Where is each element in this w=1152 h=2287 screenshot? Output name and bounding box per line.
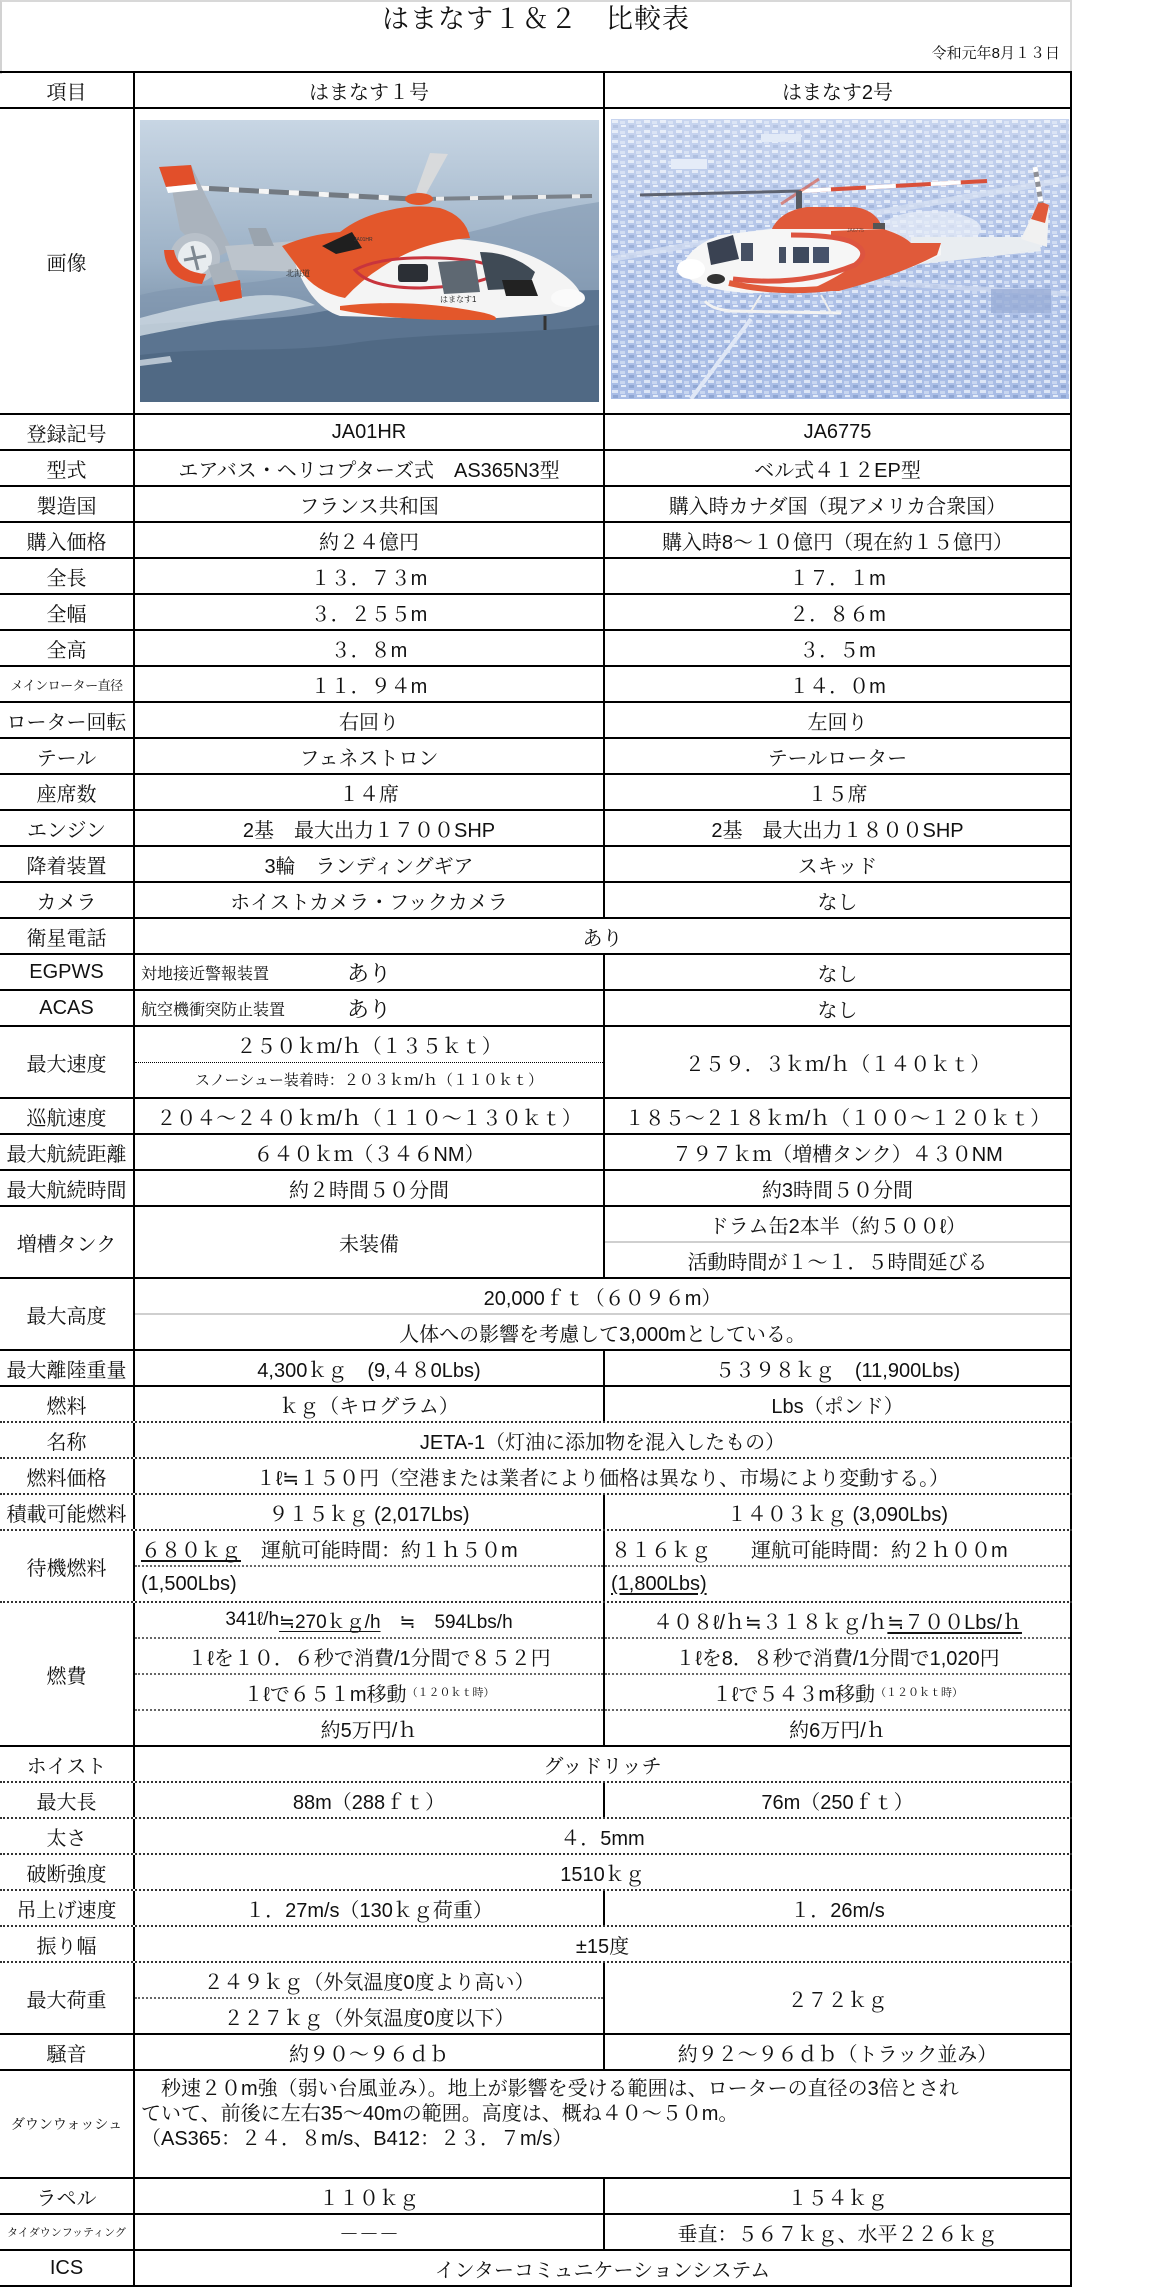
row-tail: テール フェネストロン テールローター xyxy=(0,739,1072,775)
hamanasu2-value: なし xyxy=(605,955,1072,989)
hamanasu2-value: なし xyxy=(605,991,1072,1025)
hamanasu1-value: 未装備 xyxy=(135,1207,605,1277)
shared-value-cell: 秒速２０m強（弱い台風並み）。地上が影響を受ける範囲は、ローターの直径の3倍とさ… xyxy=(135,2071,1072,2177)
row-label: 待機燃料 xyxy=(0,1531,135,1601)
hamanasu2-value: 2基 最大出力１８００SHP xyxy=(605,811,1072,845)
hamanasu2-value: ２．８６m xyxy=(605,595,1072,629)
hamanasu1-value-cell: 対地接近警報装置 あり xyxy=(135,955,605,989)
hamanasu2-value: ３．５m xyxy=(605,631,1072,665)
row-label: 巡航速度 xyxy=(0,1099,135,1133)
row-label: ホイスト xyxy=(0,1747,135,1781)
photo-text-registration: JA6775 xyxy=(847,228,864,234)
row-label: 最大航続距離 xyxy=(0,1135,135,1169)
row-label: 最大長 xyxy=(0,1783,135,1817)
hamanasu2-value-line: (1,800Lbs) xyxy=(605,1567,1070,1601)
row-breaking-strength: 破断強度 1510ｋｇ xyxy=(0,1855,1072,1891)
row-mtow: 最大離陸重量 4,300ｋｇ (9,４８0Lbs) ５３９８ｋｇ (11,900… xyxy=(0,1351,1072,1387)
row-hoist: ホイスト グッドリッチ xyxy=(0,1747,1072,1783)
hamanasu1-value: １４席 xyxy=(135,775,605,809)
row-max-altitude: 最大高度 20,000ｆｔ（６０９６m） 人体への影響を考慮して3,000mとし… xyxy=(0,1279,1072,1351)
hamanasu2-value: ドラム缶2本半（約５００ℓ） xyxy=(605,1207,1070,1243)
hamanasu2-value-cell: ドラム缶2本半（約５００ℓ） 活動時間が１～１．５時間延びる xyxy=(605,1207,1072,1277)
row-max-load: 最大荷重 ２４９ｋｇ（外気温度0度より高い） ２２７ｋｇ（外気温度0度以下） ２… xyxy=(0,1963,1072,2035)
hamanasu2-value: 購入時カナダ国（現アメリカ合衆国） xyxy=(605,487,1072,521)
hamanasu1-value: 約９０～９６ｄｂ xyxy=(135,2035,605,2069)
row-lift-speed: 吊上げ速度 １．27m/s（130ｋｇ荷重） １．26m/s xyxy=(0,1891,1072,1927)
hamanasu1-value: －－－ xyxy=(135,2215,605,2249)
row-swing: 振り幅 ±15度 xyxy=(0,1927,1072,1963)
hamanasu1-value-cell: ６８０ｋｇ 運航可能時間：約１ｈ５０m (1,500Lbs) xyxy=(135,1531,605,1601)
hamanasu1-consumption-cost-per-minute: １ℓを１０．６秒で消費/1分間で８５２円 xyxy=(135,1639,603,1675)
hamanasu1-load-below-zero: ２２７ｋｇ（外気温度0度以下） xyxy=(135,1999,603,2033)
row-fuel-capacity: 積載可能燃料 ９１５ｋｇ (2,017Lbs) １４０３ｋｇ (3,090Lbs… xyxy=(0,1495,1072,1531)
hamanasu2-value-cell: ４０８ℓ/ｈ≒３１８ｋｇ/ｈ≒７００Lbs/ｈ １ℓを8．８秒で消費/1分間で1… xyxy=(605,1603,1072,1745)
row-label: 降着装置 xyxy=(0,847,135,881)
hamanasu1-value-cell: ２４９ｋｇ（外気温度0度より高い） ２２７ｋｇ（外気温度0度以下） xyxy=(135,1963,605,2033)
hamanasu1-value: ホイストカメラ・フックカメラ xyxy=(135,883,605,917)
hamanasu1-value: 2基 最大出力１７００SHP xyxy=(135,811,605,845)
hamanasu1-value-cell: 航空機衝突防止装置 あり xyxy=(135,991,605,1025)
downwash-line: ていて、前後に左右35～40mの範囲。高度は、概ね４０～５０m。 xyxy=(141,2102,1070,2127)
row-label: 購入価格 xyxy=(0,523,135,557)
row-label: 吊上げ速度 xyxy=(0,1891,135,1925)
hamanasu2-value: スキッド xyxy=(605,847,1072,881)
row-label: タイダウンフッティング xyxy=(0,2215,135,2249)
hamanasu1-snowshoe-value: スノーシュー装着時：２０３ｋｍ/ｈ（１１０ｋｔ） xyxy=(135,1063,603,1098)
shared-value: あり xyxy=(135,919,1072,953)
row-registration: 登録記号 JA01HR JA6775 xyxy=(0,415,1072,451)
row-width: 全幅 ３．２５５m ２．８６m xyxy=(0,595,1072,631)
row-fuel-price: 燃料価格 １ℓ≒１５０円（空港または業者により価格は異なり、市場により変動する。… xyxy=(0,1459,1072,1495)
page-title: はまなす１＆２ 比較表 xyxy=(0,3,1072,35)
row-rotor-rotation: ローター回転 右回り 左回り xyxy=(0,703,1072,739)
shared-value-note: 人体への影響を考慮して3,000mとしている。 xyxy=(135,1315,1070,1349)
row-hoist-max-length: 最大長 88m（288ｆｔ） 76m（250ｆｔ） xyxy=(0,1783,1072,1819)
row-engine: エンジン 2基 最大出力１７００SHP 2基 最大出力１８００SHP xyxy=(0,811,1072,847)
row-country: 製造国 フランス共和国 購入時カナダ国（現アメリカ合衆国） xyxy=(0,487,1072,523)
hamanasu2-value: 垂直：５６７ｋｇ、水平２２６ｋｇ xyxy=(605,2215,1072,2249)
row-sat-phone: 衛星電話 あり xyxy=(0,919,1072,955)
hamanasu2-value: １５席 xyxy=(605,775,1072,809)
hamanasu1-standby-time: 運航可能時間：約１ｈ５０m xyxy=(241,1534,518,1563)
row-label: 全幅 xyxy=(0,595,135,629)
shared-value: グッドリッチ xyxy=(135,1747,1072,1781)
row-camera: カメラ ホイストカメラ・フックカメラ なし xyxy=(0,883,1072,919)
hamanasu2-value: １７．１m xyxy=(605,559,1072,593)
distance-condition: （１２０ｋｔ時） xyxy=(875,1684,963,1700)
row-label: 画像 xyxy=(0,109,135,413)
row-label: 積載可能燃料 xyxy=(0,1495,135,1529)
row-fuel-name: 名称 JETA-1（灯油に添加物を混入したもの） xyxy=(0,1423,1072,1459)
row-fuel: 燃料 ｋｇ（キログラム） Lbs（ポンド） xyxy=(0,1387,1072,1423)
hamanasu1-value: ９１５ｋｇ (2,017Lbs) xyxy=(135,1495,605,1529)
row-label: ダウンウォッシュ xyxy=(0,2071,135,2177)
acas-description: 航空機衝突防止装置 xyxy=(141,997,285,1020)
shared-value: JETA-1（灯油に添加物を混入したもの） xyxy=(135,1423,1072,1457)
hamanasu1-value: あり xyxy=(347,957,391,988)
hamanasu1-value: ３．８m xyxy=(135,631,605,665)
downwash-line: 秒速２０m強（弱い台風並み）。地上が影響を受ける範囲は、ローターの直径の3倍とさ… xyxy=(141,2077,1070,2102)
distance-per-liter: １ℓで５４３m移動 xyxy=(712,1678,875,1707)
hamanasu2-value: JA6775 xyxy=(605,415,1072,449)
distance-condition: （１２０ｋｔ時） xyxy=(407,1684,495,1700)
hamanasu2-value: ２５９．３ｋｍ/ｈ（１４０ｋｔ） xyxy=(605,1027,1072,1097)
hamanasu1-value: エアバス・ヘリコプターズ式 AS365N3型 xyxy=(135,451,605,485)
hamanasu1-helicopter-photo: はまなす1 北海道 JA01HR xyxy=(140,120,599,402)
row-noise: 騒音 約９０～９６ｄｂ 約９２～９６ｄｂ（トラック並み） xyxy=(0,2035,1072,2071)
row-label: 最大航続時間 xyxy=(0,1171,135,1205)
row-label: 全長 xyxy=(0,559,135,593)
downwash-line: （AS365：２４．８m/s、B412：２３．７m/s） xyxy=(141,2127,1070,2152)
consumption-lbs: ≒７００Lbs/ｈ xyxy=(887,1606,1022,1635)
row-label: 登録記号 xyxy=(0,415,135,449)
hamanasu2-consumption-cost-per-minute: １ℓを8．８秒で消費/1分間で1,020円 xyxy=(605,1639,1070,1675)
hamanasu1-value: ３．２５５m xyxy=(135,595,605,629)
hamanasu1-value: １１０ｋｇ xyxy=(135,2179,605,2213)
row-label: 座席数 xyxy=(0,775,135,809)
row-max-range: 最大航続距離 ６４０ｋｍ（３４６NM） ７９７ｋｍ（増槽タンク）４３０NM xyxy=(0,1135,1072,1171)
hamanasu1-value: ２０４～２４０ｋｍ/ｈ（１１０～１３０ｋｔ） xyxy=(135,1099,605,1133)
document-date: 令和元年8月１３日 xyxy=(932,44,1060,64)
row-label: エンジン xyxy=(0,811,135,845)
hamanasu1-consumption-distance: １ℓで６５１m移動（１２０ｋｔ時） xyxy=(135,1675,603,1711)
hamanasu1-value: あり xyxy=(347,993,391,1024)
hamanasu2-value: なし xyxy=(605,883,1072,917)
hamanasu2-value-note: 活動時間が１～１．５時間延びる xyxy=(605,1243,1070,1277)
hamanasu1-value: JA01HR xyxy=(135,415,605,449)
row-label: EGPWS xyxy=(0,955,135,989)
row-label: メインローター直径 xyxy=(0,667,135,701)
comparison-table: 項目 はまなす１号 はまなす2号 画像 xyxy=(0,71,1072,2287)
hamanasu1-standby-weight: ６８０ｋｇ xyxy=(141,1534,241,1563)
hamanasu2-value-cell: ８１６ｋｇ 運航可能時間：約２ｈ００m (1,800Lbs) xyxy=(605,1531,1072,1601)
hamanasu2-value: ベル式４１２EP型 xyxy=(605,451,1072,485)
hamanasu1-consumption-cost-per-hour: 約5万円/ｈ xyxy=(135,1711,603,1745)
hamanasu2-photo-cell: JA6775 xyxy=(605,109,1072,413)
hamanasu2-value: ５３９８ｋｇ (11,900Lbs) xyxy=(605,1351,1072,1385)
hamanasu1-value: ２５０ｋｍ/ｈ（１３５ｋｔ） xyxy=(135,1027,603,1063)
hamanasu2-value: ７９７ｋｍ（増槽タンク）４３０NM xyxy=(605,1135,1072,1169)
consumption-kg: ≒270ｋｇ/h xyxy=(279,1607,381,1634)
row-label: テール xyxy=(0,739,135,773)
hamanasu1-value: 約２時間５０分間 xyxy=(135,1171,605,1205)
hamanasu2-consumption-cost-per-hour: 約6万円/ｈ xyxy=(605,1711,1070,1745)
row-model: 型式 エアバス・ヘリコプターズ式 AS365N3型 ベル式４１２EP型 xyxy=(0,451,1072,487)
hamanasu2-value: １．26m/s xyxy=(605,1891,1072,1925)
row-height: 全高 ３．８m ３．５m xyxy=(0,631,1072,667)
row-label: 騒音 xyxy=(0,2035,135,2069)
hamanasu2-value: １４０３ｋｇ (3,090Lbs) xyxy=(605,1495,1072,1529)
hamanasu1-value: 3輪 ランディングギア xyxy=(135,847,605,881)
hamanasu1-consumption-rate: 341ℓ/h≒270ｋｇ/h ≒ 594Lbs/h xyxy=(135,1603,603,1639)
egpws-description: 対地接近警報装置 xyxy=(141,961,269,984)
row-label: 増槽タンク xyxy=(0,1207,135,1277)
hamanasu2-value: 76m（250ｆｔ） xyxy=(605,1783,1072,1817)
hamanasu2-value: 左回り xyxy=(605,703,1072,737)
row-length: 全長 １３．７３m １７．１m xyxy=(0,559,1072,595)
hamanasu2-value: １５４ｋｇ xyxy=(605,2179,1072,2213)
row-label: カメラ xyxy=(0,883,135,917)
header-hamanasu2: はまなす2号 xyxy=(605,73,1072,107)
hamanasu1-value: 約２４億円 xyxy=(135,523,605,557)
hamanasu2-standby-lbs: (1,800Lbs) xyxy=(611,1573,707,1596)
photo-text-registration: JA01HR xyxy=(354,237,373,243)
shared-value: 1510ｋｇ xyxy=(135,1855,1072,1889)
row-seats: 座席数 １４席 １５席 xyxy=(0,775,1072,811)
row-tiedown: タイダウンフッティング －－－ 垂直：５６７ｋｇ、水平２２６ｋｇ xyxy=(0,2215,1072,2251)
photo-text-boom: 北海道 xyxy=(286,268,310,278)
hamanasu1-value: ６４０ｋｍ（３４６NM） xyxy=(135,1135,605,1169)
hamanasu1-value: １１．９４m xyxy=(135,667,605,701)
hamanasu1-value: 88m（288ｆｔ） xyxy=(135,1783,605,1817)
hamanasu1-load-above-zero: ２４９ｋｇ（外気温度0度より高い） xyxy=(135,1963,603,1999)
hamanasu1-value: １．27m/s（130ｋｇ荷重） xyxy=(135,1891,605,1925)
row-label: 最大高度 xyxy=(0,1279,135,1349)
row-cruise-speed: 巡航速度 ２０４～２４０ｋｍ/ｈ（１１０～１３０ｋｔ） １８５～２１８ｋｍ/ｈ（… xyxy=(0,1099,1072,1135)
row-label: 最大荷重 xyxy=(0,1963,135,2033)
hamanasu2-consumption-rate: ４０８ℓ/ｈ≒３１８ｋｇ/ｈ≒７００Lbs/ｈ xyxy=(605,1603,1070,1639)
row-standby-fuel: 待機燃料 ６８０ｋｇ 運航可能時間：約１ｈ５０m (1,500Lbs) ８１６ｋ… xyxy=(0,1531,1072,1603)
hamanasu1-value: １３．７３m xyxy=(135,559,605,593)
row-fuel-consumption: 燃費 341ℓ/h≒270ｋｇ/h ≒ 594Lbs/h １ℓを１０．６秒で消費… xyxy=(0,1603,1072,1747)
hamanasu1-standby-lbs: (1,500Lbs) xyxy=(135,1567,603,1601)
shared-value: インターコミュニケーションシステム xyxy=(135,2251,1072,2285)
row-cable-thickness: 太さ ４．5mm xyxy=(0,1819,1072,1855)
hamanasu1-value: ｋｇ（キログラム） xyxy=(135,1387,605,1421)
row-label: 太さ xyxy=(0,1819,135,1853)
hamanasu1-value-cell: 341ℓ/h≒270ｋｇ/h ≒ 594Lbs/h １ℓを１０．６秒で消費/1分… xyxy=(135,1603,605,1745)
shared-value: １ℓ≒１５０円（空港または業者により価格は異なり、市場により変動する。） xyxy=(135,1459,1072,1493)
row-label: ローター回転 xyxy=(0,703,135,737)
row-aux-tank: 増槽タンク 未装備 ドラム缶2本半（約５００ℓ） 活動時間が１～１．５時間延びる xyxy=(0,1207,1072,1279)
row-label: 破断強度 xyxy=(0,1855,135,1889)
row-rotor-diameter: メインローター直径 １１．９４m １４．０m xyxy=(0,667,1072,703)
row-label: 燃料 xyxy=(0,1387,135,1421)
hamanasu2-value: Lbs（ポンド） xyxy=(605,1387,1072,1421)
hamanasu2-standby-time: ８１６ｋｇ 運航可能時間：約２ｈ００m xyxy=(605,1531,1070,1567)
row-ics: ICS インターコミュニケーションシステム xyxy=(0,2251,1072,2287)
hamanasu1-value: 右回り xyxy=(135,703,605,737)
hamanasu2-value: 約3時間５０分間 xyxy=(605,1171,1072,1205)
row-label: 名称 xyxy=(0,1423,135,1457)
row-label: 振り幅 xyxy=(0,1927,135,1961)
shared-value: 20,000ｆｔ（６０９６m） xyxy=(135,1279,1070,1315)
hamanasu1-photo-cell: はまなす1 北海道 JA01HR xyxy=(135,109,605,413)
row-landing-gear: 降着装置 3輪 ランディングギア スキッド xyxy=(0,847,1072,883)
row-acas: ACAS 航空機衝突防止装置 あり なし xyxy=(0,991,1072,1027)
hamanasu1-value: フランス共和国 xyxy=(135,487,605,521)
hamanasu2-value: テールローター xyxy=(605,739,1072,773)
row-price: 購入価格 約２４億円 購入時8～１０億円（現在約１５億円） xyxy=(0,523,1072,559)
row-label: ACAS xyxy=(0,991,135,1025)
consumption-liters-kg: ４０８ℓ/ｈ≒３１８ｋｇ/ｈ xyxy=(653,1606,887,1635)
hamanasu1-value-cell: ２５０ｋｍ/ｈ（１３５ｋｔ） スノーシュー装着時：２０３ｋｍ/ｈ（１１０ｋｔ） xyxy=(135,1027,605,1097)
photo-text-fuselage: はまなす1 xyxy=(440,295,477,304)
hamanasu2-value: １８５～２１８ｋｍ/ｈ（１００～１２０ｋｔ） xyxy=(605,1099,1072,1133)
row-max-speed: 最大速度 ２５０ｋｍ/ｈ（１３５ｋｔ） スノーシュー装着時：２０３ｋｍ/ｈ（１１… xyxy=(0,1027,1072,1099)
row-label: 最大離陸重量 xyxy=(0,1351,135,1385)
row-label: 製造国 xyxy=(0,487,135,521)
row-label: ICS xyxy=(0,2251,135,2285)
row-label: 燃費 xyxy=(0,1603,135,1745)
row-rappel: ラペル １１０ｋｇ １５４ｋｇ xyxy=(0,2179,1072,2215)
consumption-liters: 341ℓ/h xyxy=(225,1609,279,1631)
row-egpws: EGPWS 対地接近警報装置 あり なし xyxy=(0,955,1072,991)
row-label: 最大速度 xyxy=(0,1027,135,1097)
shared-value-cell: 20,000ｆｔ（６０９６m） 人体への影響を考慮して3,000mとしている。 xyxy=(135,1279,1072,1349)
shared-value: ±15度 xyxy=(135,1927,1072,1961)
hamanasu1-value: 4,300ｋｇ (9,４８0Lbs) xyxy=(135,1351,605,1385)
row-label: 全高 xyxy=(0,631,135,665)
hamanasu2-value: 購入時8～１０億円（現在約１５億円） xyxy=(605,523,1072,557)
row-image: 画像 xyxy=(0,109,1072,415)
hamanasu1-value-line: ６８０ｋｇ 運航可能時間：約１ｈ５０m xyxy=(135,1531,603,1567)
consumption-lbs: ≒ 594Lbs/h xyxy=(381,1607,513,1634)
row-label: 燃料価格 xyxy=(0,1459,135,1493)
header-hamanasu1: はまなす１号 xyxy=(135,73,605,107)
hamanasu2-helicopter-photo: JA6775 xyxy=(611,119,1069,399)
row-label: 衛星電話 xyxy=(0,919,135,953)
row-label: ラペル xyxy=(0,2179,135,2213)
row-max-endurance: 最大航続時間 約２時間５０分間 約3時間５０分間 xyxy=(0,1171,1072,1207)
row-label: 型式 xyxy=(0,451,135,485)
table-header-row: 項目 はまなす１号 はまなす2号 xyxy=(0,73,1072,109)
hamanasu2-value: 約９２～９６ｄｂ（トラック並み） xyxy=(605,2035,1072,2069)
hamanasu2-consumption-distance: １ℓで５４３m移動（１２０ｋｔ時） xyxy=(605,1675,1070,1711)
row-downwash: ダウンウォッシュ 秒速２０m強（弱い台風並み）。地上が影響を受ける範囲は、ロータ… xyxy=(0,2071,1072,2179)
shared-value: ４．5mm xyxy=(135,1819,1072,1853)
hamanasu2-value: １４．０m xyxy=(605,667,1072,701)
hamanasu1-value: フェネストロン xyxy=(135,739,605,773)
distance-per-liter: １ℓで６５１m移動 xyxy=(243,1678,406,1707)
hamanasu2-value: ２７２ｋｇ xyxy=(605,1963,1072,2033)
header-item: 項目 xyxy=(0,73,135,107)
